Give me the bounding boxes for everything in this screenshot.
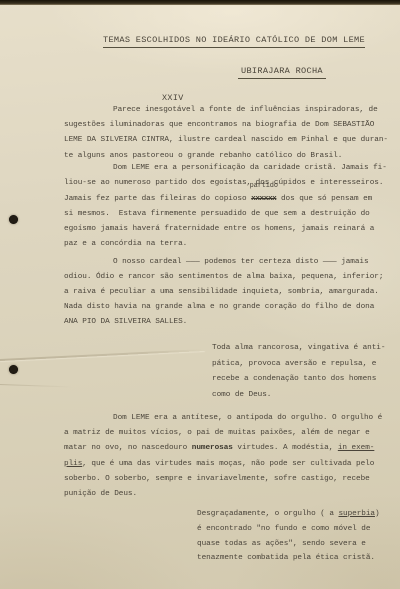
- text-line-with-emphasis: matar no ovo, no nascedouro numerosas vi…: [64, 441, 382, 456]
- text-line: si mesmos. Estava firmemente persuadido …: [64, 207, 387, 222]
- underlined-phrase: plis: [64, 460, 82, 468]
- text-line: LEME DA SILVEIRA CINTRA, ilustre cardeal…: [64, 133, 388, 148]
- text-segment: Jamais fez parte das fileiras do copioso: [64, 195, 251, 203]
- overtyped-word: numerosas: [192, 444, 233, 452]
- text-line-with-emphasis: plis, que é uma das virtudes mais moças,…: [64, 457, 382, 472]
- text-line: pática, provoca aversão e repulsa, e: [212, 357, 385, 373]
- text-line: Toda alma rancorosa, vingativa é anti-: [212, 341, 385, 357]
- text-line-with-correction: Jamais fez parte das fileiras do copioso…: [64, 192, 387, 207]
- text-line: odiou. Ódio e rancor são sentimentos de …: [64, 270, 383, 285]
- text-segment: , que é uma das virtudes mais moças, não…: [82, 460, 374, 468]
- struck-out-word: xxxxxx: [251, 195, 276, 203]
- text-line: Nada disto havia na grande alma e no gra…: [64, 300, 383, 315]
- inserted-word: partido: [250, 179, 278, 194]
- text-line: punição de Deus.: [64, 487, 382, 502]
- text-line: é encontrado "no fundo e como móvel de: [197, 522, 380, 537]
- paragraph-2: Dom LEME era a personificação da caridad…: [64, 161, 387, 253]
- text-line: liou-se ao numeroso partido dos egoístas…: [64, 176, 387, 191]
- text-segment: ): [375, 510, 380, 518]
- paragraph-1: Parece inesgotável a fonte de influência…: [64, 103, 388, 164]
- typed-correction: partidoxxxxxx: [251, 192, 276, 207]
- document-title: TEMAS ESCOLHIDOS NO IDEÁRIO CATÓLICO DE …: [103, 35, 365, 48]
- text-line: sugestões iluminadoras que encontramos n…: [64, 118, 388, 133]
- text-line: recebe a condenação tanto dos homens: [212, 372, 385, 388]
- text-segment: Desgraçadamente, o orgulho ( a: [197, 510, 338, 518]
- punch-hole-bottom: [9, 365, 18, 374]
- paper-crease-short: [0, 384, 72, 388]
- text-line-with-emphasis: Desgraçadamente, o orgulho ( a superbia): [197, 507, 380, 522]
- text-line: como de Deus.: [212, 388, 385, 404]
- text-line: a matriz de muitos vícios, o pai de muit…: [64, 426, 382, 441]
- text-line: O nosso cardeal ——— podemos ter certeza …: [64, 255, 383, 270]
- paragraph-4: Dom LEME era a antítese, o antípoda do o…: [64, 411, 382, 502]
- paper-crease: [0, 349, 205, 361]
- scanned-document-page: TEMAS ESCOLHIDOS NO IDEÁRIO CATÓLICO DE …: [0, 0, 400, 589]
- underlined-phrase: superbia: [338, 510, 375, 518]
- text-segment: matar no ovo, no nascedouro: [64, 444, 192, 452]
- text-line: Dom LEME era a personificação da caridad…: [64, 161, 387, 176]
- text-line: egoísmo jamais haverá fraternidade entre…: [64, 222, 387, 237]
- text-line: Parece inesgotável a fonte de influência…: [64, 103, 388, 118]
- text-line: Dom LEME era a antítese, o antípoda do o…: [64, 411, 382, 426]
- scan-top-edge: [0, 0, 400, 5]
- text-line: a raiva é peculiar a uma sensibilidade i…: [64, 285, 383, 300]
- text-line: paz e a concórdia na terra.: [64, 237, 387, 252]
- text-line: ANA PIO DA SILVEIRA SALLES.: [64, 315, 383, 330]
- paragraph-3: O nosso cardeal ——— podemos ter certeza …: [64, 255, 383, 330]
- text-segment: dos que só pensam em: [276, 195, 372, 203]
- text-line: quase todas as ações", sendo severa e: [197, 537, 380, 552]
- section-number: XXIV: [162, 93, 184, 103]
- text-line: soberbo. O soberbo, sempre e invariavelm…: [64, 472, 382, 487]
- block-quote-2: Desgraçadamente, o orgulho ( a superbia)…: [197, 507, 380, 566]
- author-byline: UBIRAJARA ROCHA: [238, 66, 326, 79]
- underlined-phrase: in exem-: [338, 444, 375, 452]
- text-line: tenazmente combatida pela ética cristã.: [197, 551, 380, 566]
- block-quote-1: Toda alma rancorosa, vingativa é anti- p…: [212, 341, 385, 403]
- text-segment: virtudes. A modéstia,: [233, 444, 338, 452]
- punch-hole-top: [9, 215, 18, 224]
